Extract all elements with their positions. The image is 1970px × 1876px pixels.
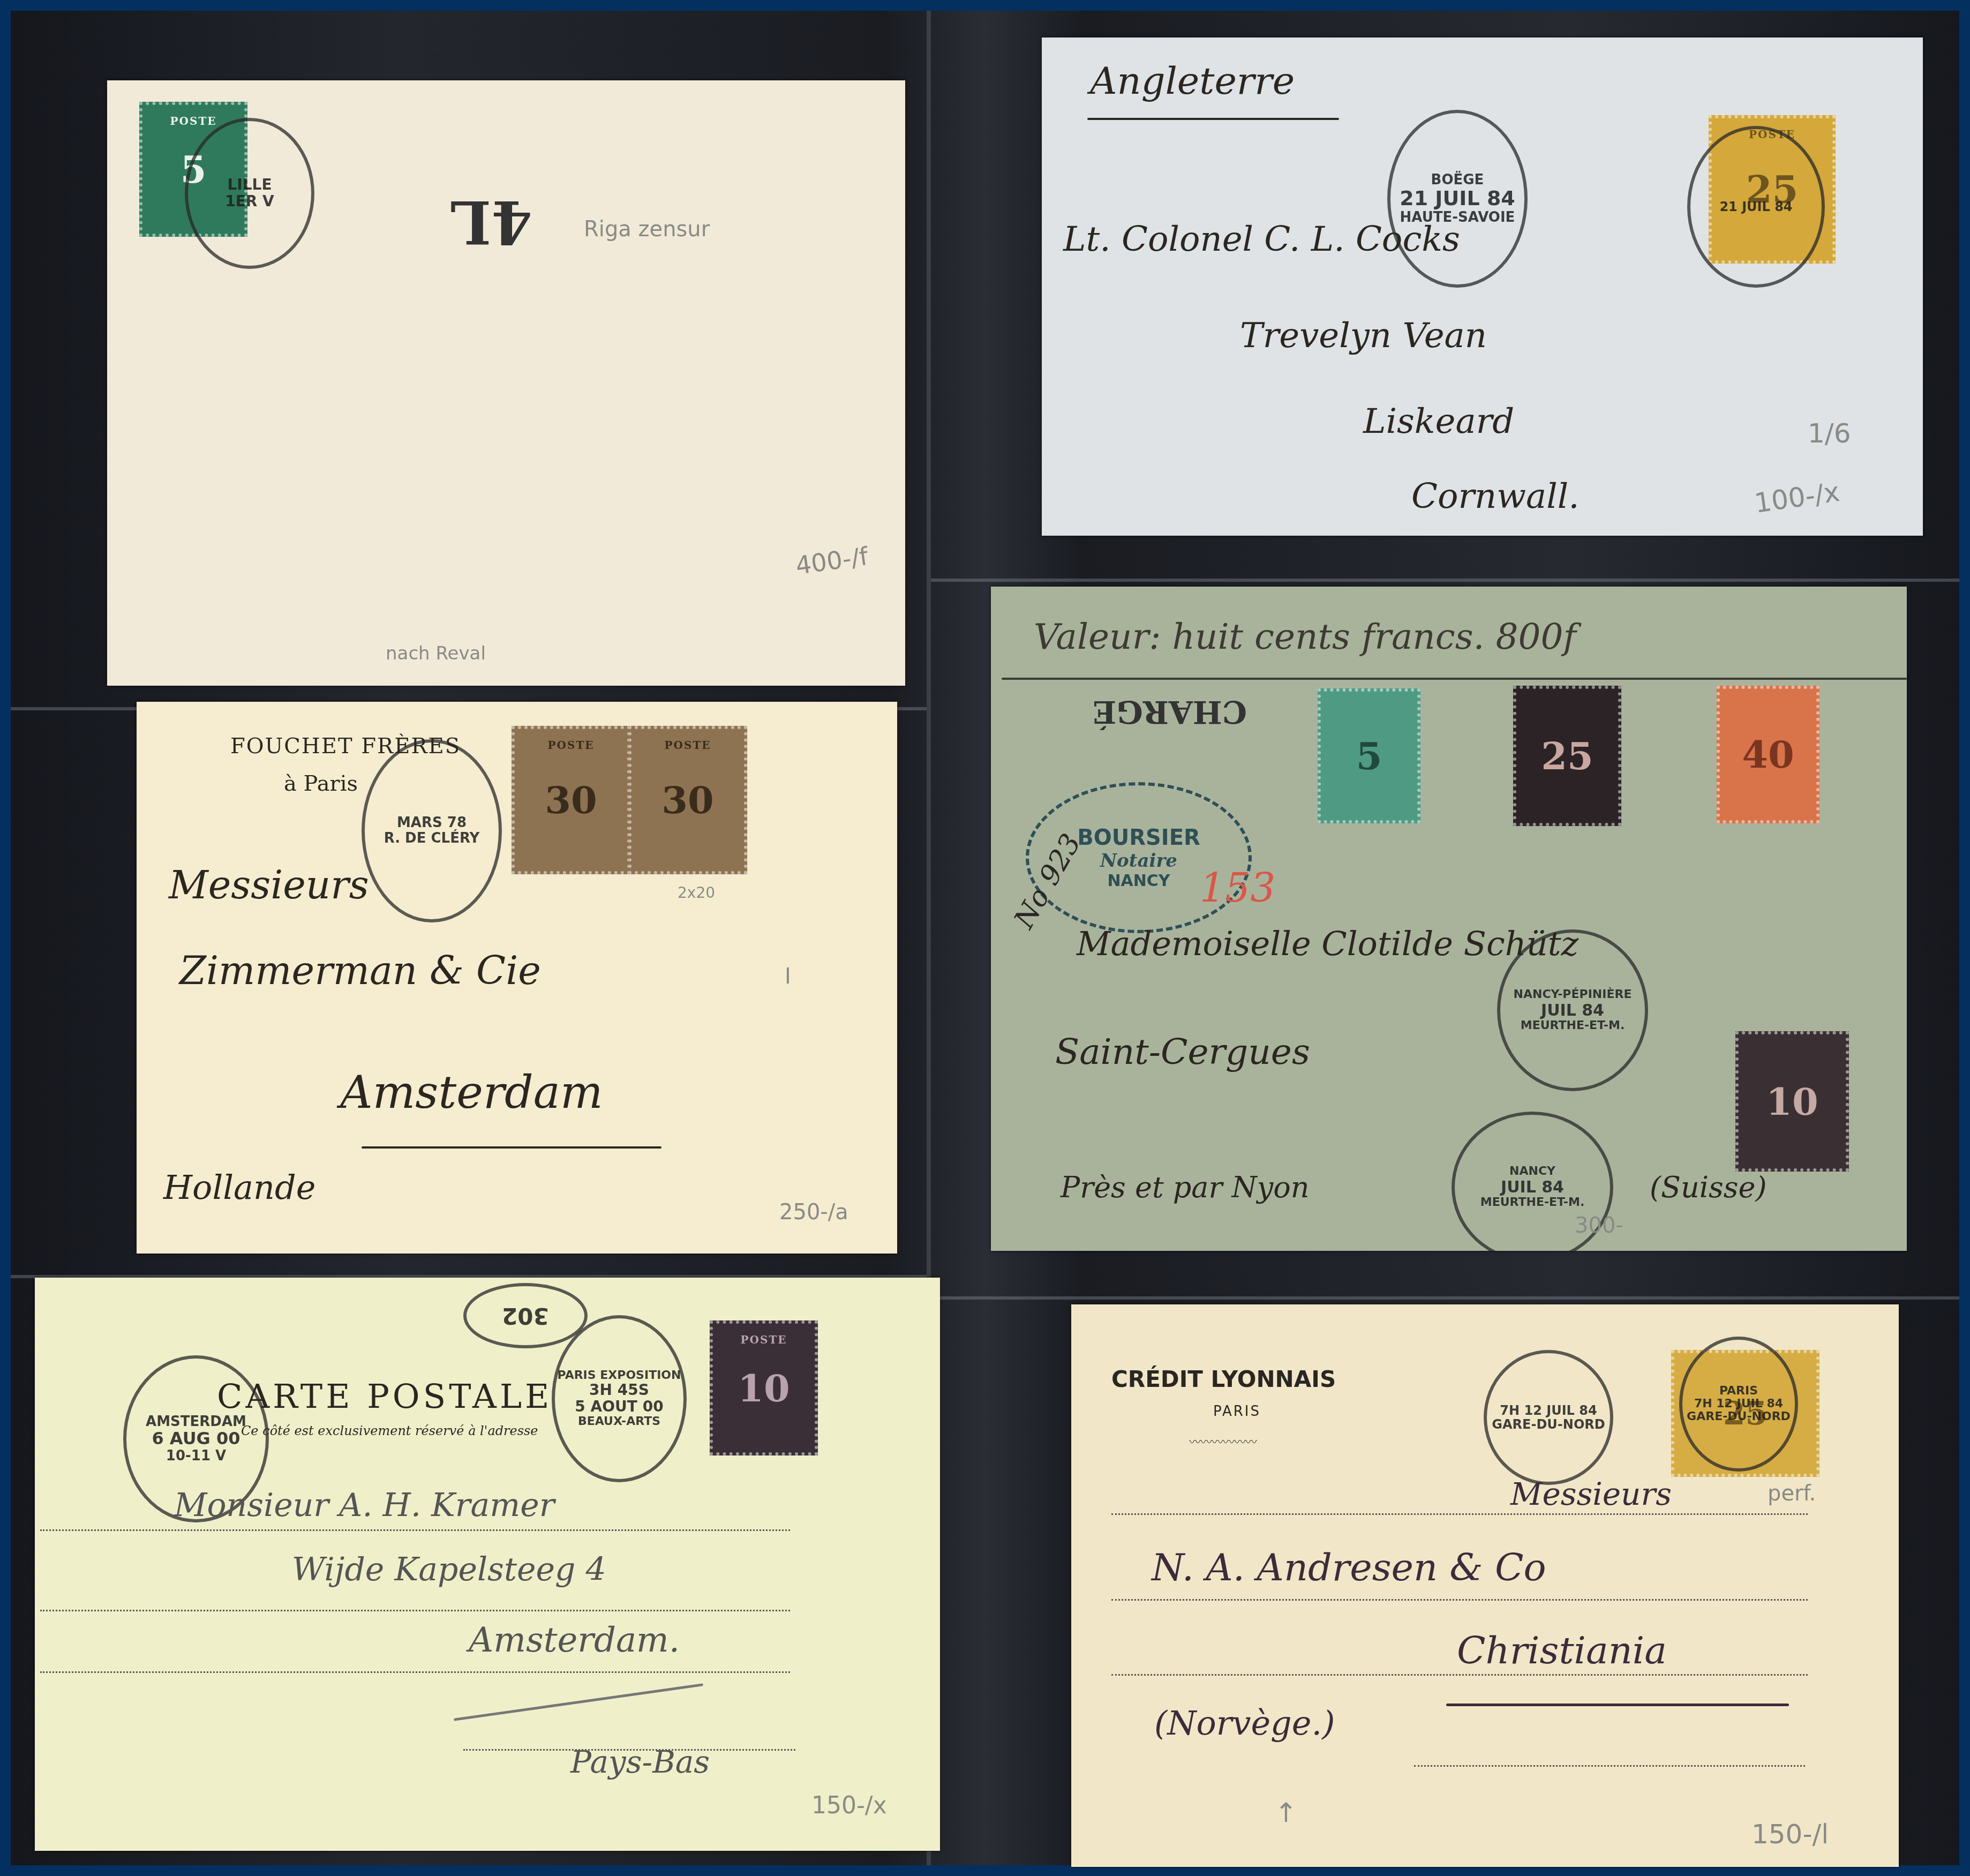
stamp-10c-black: 10: [1735, 1031, 1849, 1172]
address-line: Monsieur A. H. Kramer: [174, 1487, 554, 1524]
address-line: Trevelyn Vean: [1240, 316, 1487, 356]
stamp-5c-green: 5: [1318, 688, 1420, 823]
cover-credit-lyonnais[interactable]: CRÉDIT LYONNAIS PARIS 〰〰〰〰〰〰 7H 12 JUIL …: [1071, 1304, 1899, 1867]
postmark-nancy-pepiniere: NANCY-PÉPINIÈRE JUIL 84 MEURTHE-ET-M.: [1497, 929, 1648, 1091]
letterhead-city: à Paris: [284, 771, 358, 796]
address-line: Cornwall.: [1411, 477, 1580, 516]
destination-label: Angleterre: [1090, 59, 1295, 103]
address-line: Christiania: [1457, 1629, 1667, 1672]
stamp-30c-brown: POSTE 30: [512, 726, 630, 874]
address-line: Hollande: [163, 1168, 315, 1207]
address-line: Liskeard: [1363, 402, 1514, 441]
cover-riga[interactable]: POSTE 5 LILLE 1ER V 4L Riga zensur nach …: [107, 80, 905, 686]
postmark-gare-du-nord-on-stamp: PARIS 7H 12 JUIL 84 GARE-DU-NORD: [1679, 1337, 1798, 1472]
address-dotted-line: [40, 1610, 790, 1611]
address-line: Amsterdam.: [469, 1620, 680, 1660]
address-dotted-line: [1111, 1513, 1808, 1515]
postmark-paris: MARS 78 R. DE CLÉRY: [362, 739, 502, 922]
address-dotted-line: [1111, 1674, 1808, 1676]
box-marking: 302: [463, 1283, 588, 1348]
pencil-note: 1/6: [1808, 418, 1851, 449]
address-line: Zimmerman & Cie: [179, 948, 541, 993]
decorative-flourish: 〰〰〰〰〰〰: [1189, 1433, 1257, 1450]
cover-carte-postale[interactable]: 302 AMSTERDAM 6 AUG 00 10-11 V CARTE POS…: [35, 1278, 940, 1851]
postmark-lille: LILLE 1ER V: [185, 118, 314, 269]
underline: [362, 1146, 661, 1149]
pencil-note: 2x20: [678, 884, 715, 902]
underline: [1446, 1704, 1789, 1706]
pencil-note: I: [785, 964, 791, 989]
underline: [1002, 678, 1907, 680]
price-note: 400-/f: [794, 542, 870, 580]
address-dotted-line: [40, 1671, 790, 1673]
stamp-40c-orange: 40: [1717, 686, 1819, 823]
address-line: Wijde Kapelsteeg 4: [292, 1551, 606, 1588]
price-note: 100-/x: [1753, 476, 1841, 519]
postmark-boege: BOËGE 21 JUIL 84 HAUTE-SAVOIE: [1387, 110, 1528, 288]
address-dotted-line: [1414, 1765, 1805, 1767]
address-dotted-line: [1111, 1599, 1808, 1601]
address-dotted-line: [40, 1529, 790, 1531]
tax-marking: 4L: [450, 187, 532, 257]
arrow-pencil-mark: ↑: [1275, 1797, 1297, 1828]
stamp-30c-brown: POSTE 30: [628, 726, 747, 874]
address-line: Messieurs: [169, 862, 369, 907]
cover-angleterre[interactable]: Angleterre BOËGE 21 JUIL 84 HAUTE-SAVOIE…: [1042, 37, 1923, 536]
address-dotted-line: [463, 1749, 795, 1751]
address-line: (Suisse): [1650, 1170, 1767, 1204]
price-note: 300-: [1575, 1213, 1623, 1238]
pencil-note: perf.: [1768, 1481, 1816, 1506]
underline: [1087, 118, 1339, 120]
address-line: N. A. Andresen & Co: [1152, 1545, 1546, 1589]
address-line: Mademoiselle Clotilde Schütz: [1077, 924, 1578, 963]
cover-registered-nancy[interactable]: Valeur: huit cents francs. 800f CHARGÉ B…: [991, 587, 1907, 1251]
postmark-boege-on-stamp: 21 JUIL 84: [1687, 126, 1825, 288]
strip-divider: [931, 579, 1959, 582]
pencil-note: Riga zensur: [584, 217, 710, 242]
stamp-25c-black: 25: [1513, 686, 1621, 826]
price-note: 250-/a: [779, 1200, 848, 1225]
card-subtitle: Ce côté est exclusivement réservé à l'ad…: [241, 1423, 538, 1438]
underline: [454, 1683, 703, 1721]
price-note: 150-/l: [1751, 1819, 1829, 1850]
postmark-paris-exposition: PARIS EXPOSITION 3H 45S 5 AOUT 00 BEAUX-…: [552, 1315, 687, 1482]
postmark-gare-du-nord: 7H 12 JUIL 84 GARE-DU-NORD: [1484, 1350, 1613, 1485]
cover-fouchet-freres[interactable]: FOUCHET FRÈRES à Paris MARS 78 R. DE CLÉ…: [137, 702, 897, 1254]
card-title: CARTE POSTALE: [217, 1377, 552, 1416]
address-line: (Norvège.): [1154, 1704, 1335, 1743]
address-line: Près et par Nyon: [1061, 1170, 1310, 1204]
strip-divider: [931, 1296, 1959, 1300]
address-line: Messieurs: [1510, 1476, 1672, 1512]
red-crayon-number: 153: [1200, 865, 1275, 911]
letterhead-city: PARIS: [1213, 1404, 1261, 1420]
stamp-10c-black: POSTE 10: [710, 1320, 818, 1455]
stamp-label: POSTE: [170, 115, 216, 127]
letterhead-name: CRÉDIT LYONNAIS: [1111, 1366, 1336, 1392]
registration-marking: CHARGÉ: [1093, 694, 1247, 730]
address-line: Amsterdam: [340, 1066, 603, 1119]
address-line: Lt. Colonel C. L. Cocks: [1063, 220, 1460, 259]
price-note: 150-/x: [811, 1792, 887, 1819]
address-line: Saint-Cergues: [1055, 1031, 1310, 1072]
value-declaration: Valeur: huit cents francs. 800f: [1034, 616, 1576, 657]
pencil-note: nach Reval: [386, 643, 486, 664]
